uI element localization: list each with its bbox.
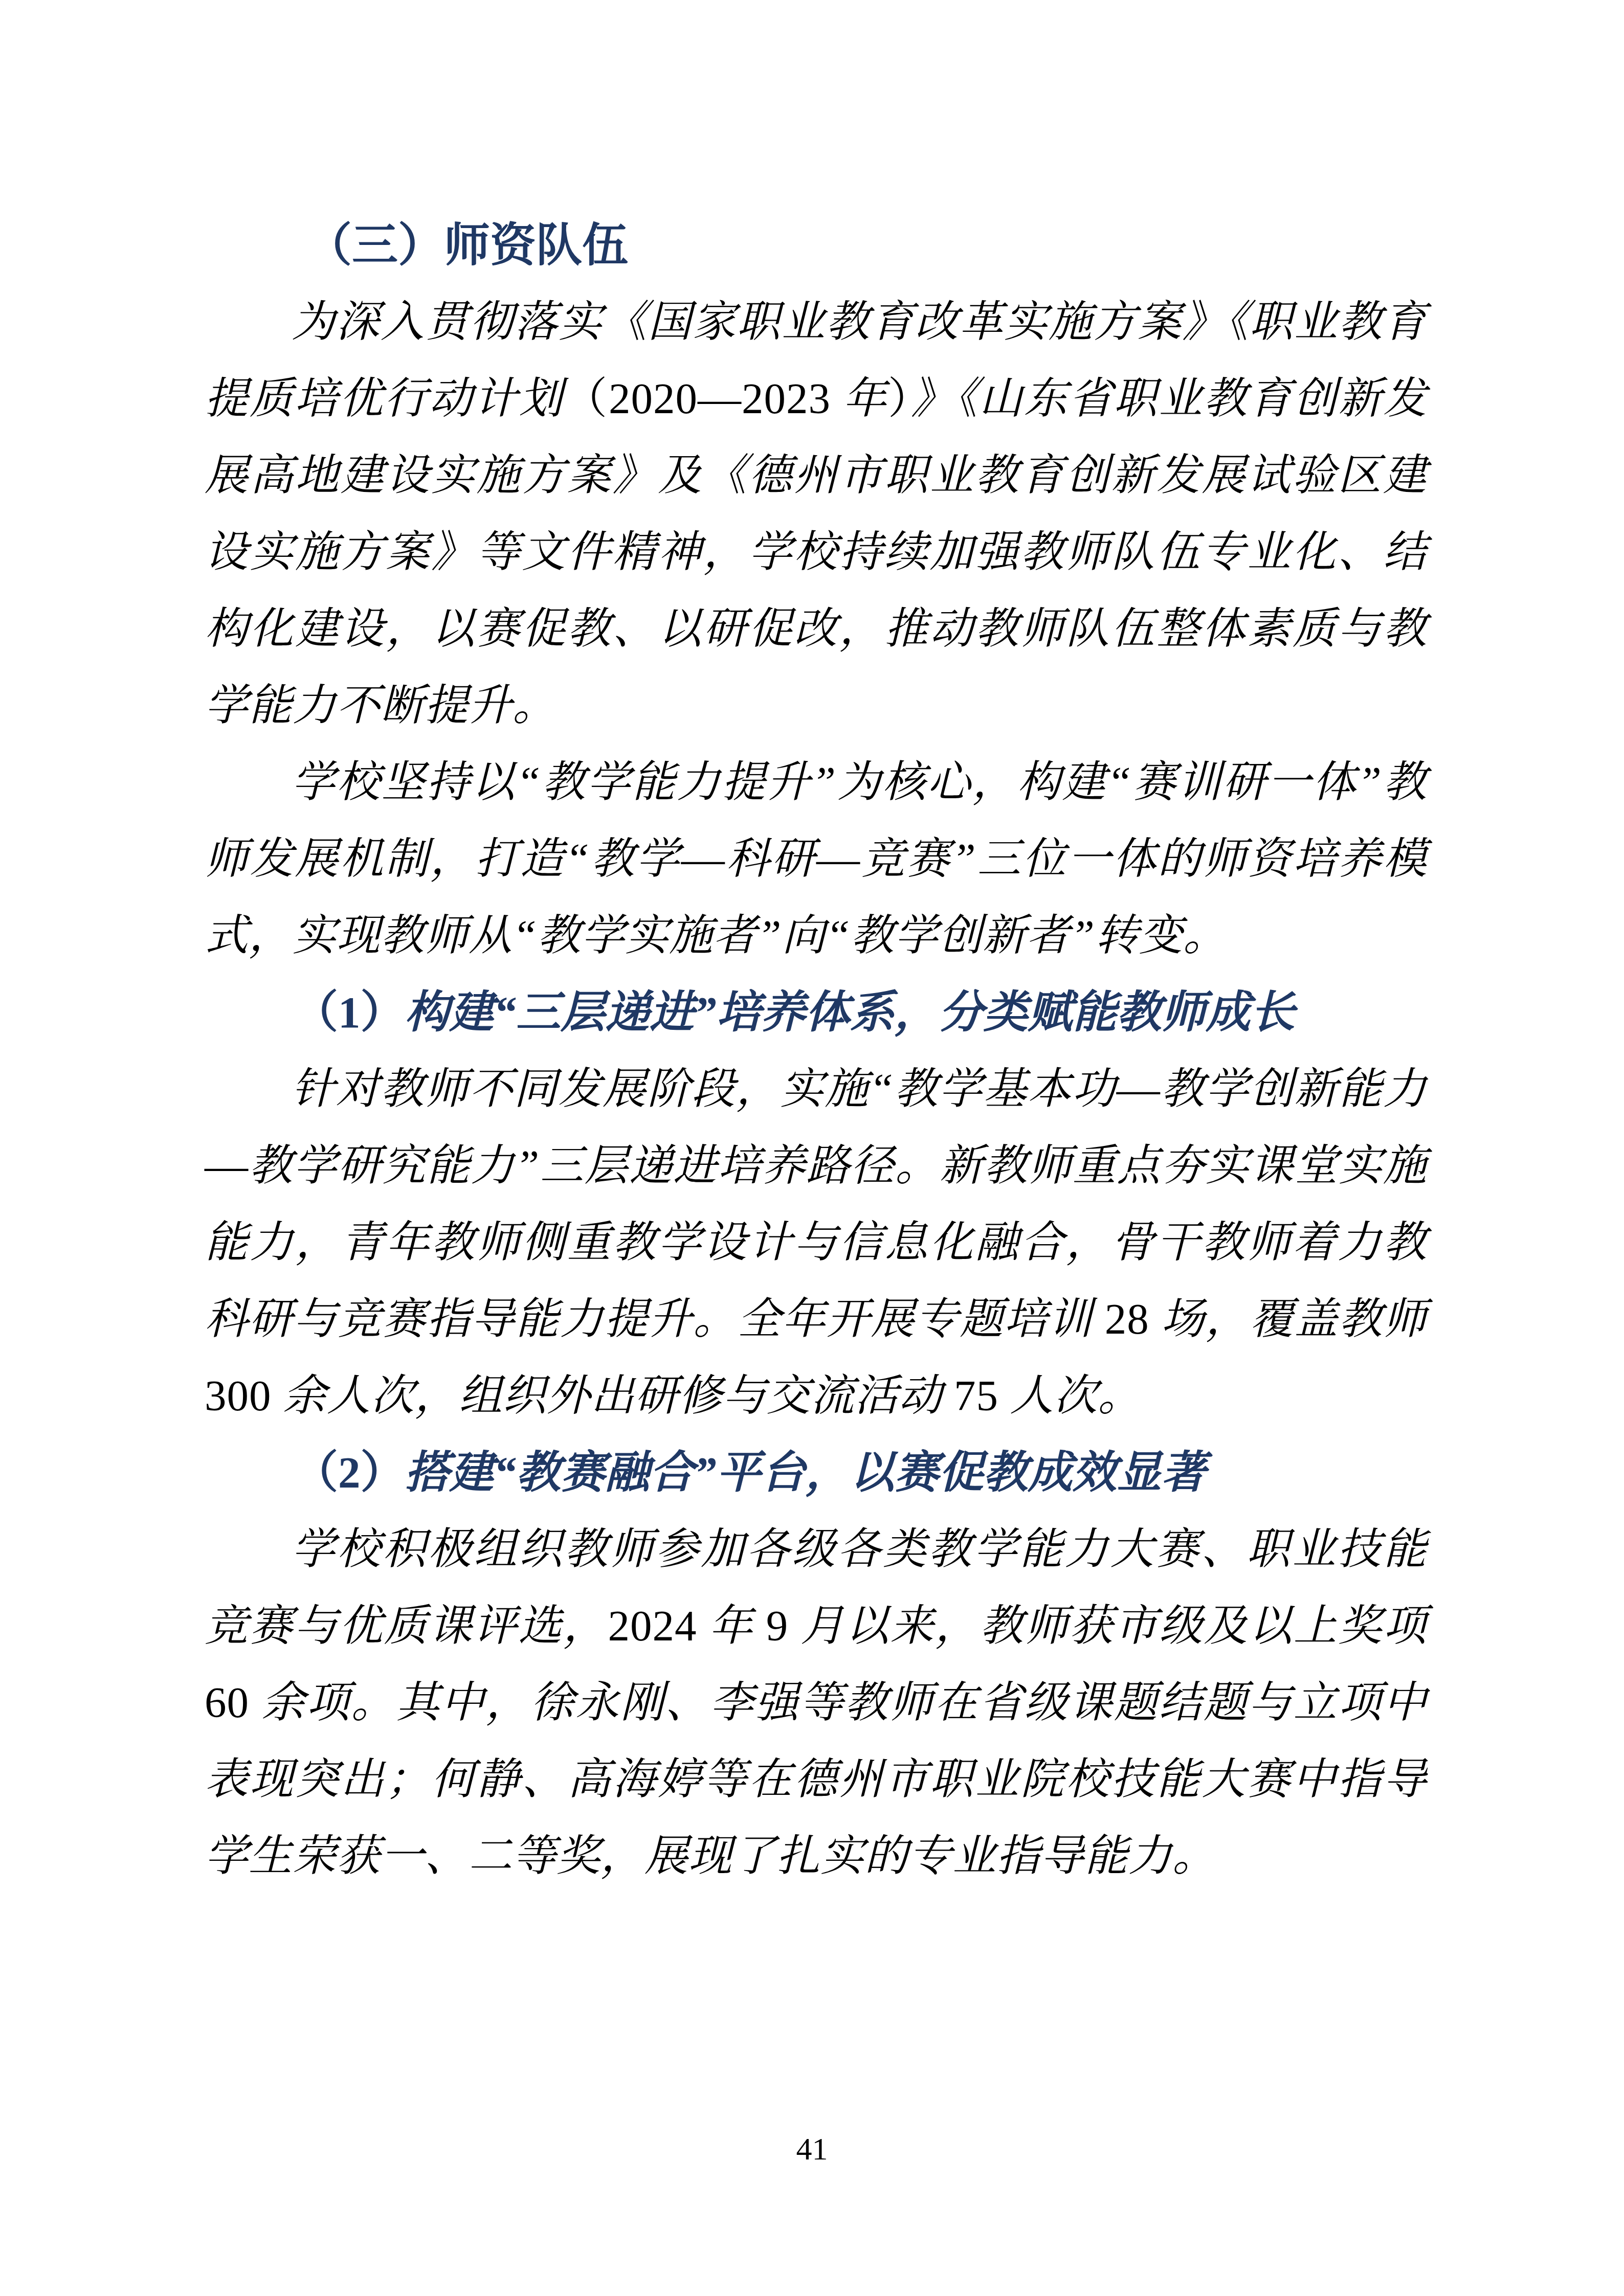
page-number: 41 bbox=[0, 2131, 1624, 2167]
paragraph-competition-results: 学校积极组织教师参加各级各类教学能力大赛、职业技能竞赛与优质课评选，2024 年… bbox=[205, 1511, 1427, 1895]
sub-heading-tiered-training: （1）构建“三层递进”培养体系，分类赋能教师成长 bbox=[205, 974, 1427, 1051]
document-body: （三）师资队伍 为深入贯彻落实《国家职业教育改革实施方案》《职业教育提质培优行动… bbox=[205, 207, 1427, 1895]
section-heading: （三）师资队伍 bbox=[205, 207, 1427, 284]
document-page: （三）师资队伍 为深入贯彻落实《国家职业教育改革实施方案》《职业教育提质培优行动… bbox=[0, 0, 1624, 2296]
paragraph-tiered-training-detail: 针对教师不同发展阶段，实施“教学基本功—教学创新能力—教学研究能力”三层递进培养… bbox=[205, 1051, 1427, 1434]
paragraph-policy-intro: 为深入贯彻落实《国家职业教育改革实施方案》《职业教育提质培优行动计划（2020—… bbox=[205, 284, 1427, 744]
paragraph-teaching-mechanism: 学校坚持以“教学能力提升”为核心，构建“赛训研一体”教师发展机制，打造“教学—科… bbox=[205, 744, 1427, 974]
sub-heading-competition-platform: （2）搭建“教赛融合”平台，以赛促教成效显著 bbox=[205, 1434, 1427, 1511]
